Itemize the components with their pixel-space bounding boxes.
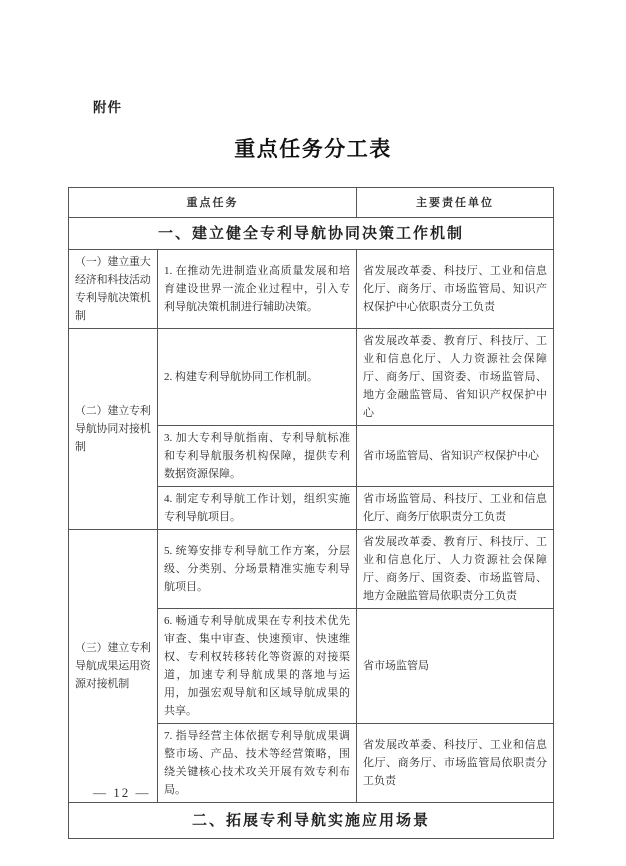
unit-cell-6: 省市场监管局	[357, 609, 554, 724]
column-header-unit: 主要责任单位	[357, 188, 554, 218]
section-row-1: 一、建立健全专利导航协同决策工作机制	[69, 218, 554, 250]
task-cell-6: 6. 畅通专利导航成果在专利技术优先审查、集中审查、快速预审、快速维权、专利权转…	[158, 609, 357, 724]
category-cell-3: （三）建立专利导航成果运用资源对接机制	[69, 530, 158, 803]
table-row: （三）建立专利导航成果运用资源对接机制 5. 统筹安排专利导航工作方案，分层级、…	[69, 530, 554, 609]
section-row-2: 二、拓展专利导航实施应用场景	[69, 803, 554, 839]
section-heading-1: 一、建立健全专利导航协同决策工作机制	[69, 218, 554, 250]
unit-cell-2: 省发展改革委、教育厅、科技厅、工业和信息化厅、人力资源社会保障厅、商务厅、国资委…	[357, 329, 554, 426]
page-title: 重点任务分工表	[0, 133, 626, 163]
attachment-label: 附件	[93, 96, 122, 116]
task-assignment-table: 重点任务 主要责任单位 一、建立健全专利导航协同决策工作机制 （一）建立重大经济…	[68, 187, 554, 839]
task-cell-3: 3. 加大专利导航指南、专利导航标准和专利导航服务机构保障，提供专利数据资源保障…	[158, 426, 357, 487]
unit-cell-7: 省发展改革委、科技厅、工业和信息化厅、商务厅、市场监管局依职责分工负责	[357, 724, 554, 803]
unit-cell-3: 省市场监管局、省知识产权保护中心	[357, 426, 554, 487]
category-cell-1: （一）建立重大经济和科技活动专利导航决策机制	[69, 250, 158, 329]
task-cell-1: 1. 在推动先进制造业高质量发展和培育建设世界一流企业过程中，引入专利导航决策机…	[158, 250, 357, 329]
table-row: （二）建立专利导航协同对接机制 2. 构建专利导航协同工作机制。 省发展改革委、…	[69, 329, 554, 426]
task-cell-7: 7. 指导经营主体依据专利导航成果调整市场、产品、技术等经营策略，围绕关键核心技…	[158, 724, 357, 803]
table-header-row: 重点任务 主要责任单位	[69, 188, 554, 218]
unit-cell-4: 省市场监管局、科技厅、工业和信息化厅、商务厅依职责分工负责	[357, 487, 554, 530]
task-cell-4: 4. 制定专利导航工作计划，组织实施专利导航项目。	[158, 487, 357, 530]
document-page: 附件 重点任务分工表 重点任务 主要责任单位 一、建立健全专利导航协同决策工作机…	[0, 0, 626, 866]
task-cell-2: 2. 构建专利导航协同工作机制。	[158, 329, 357, 426]
unit-cell-1: 省发展改革委、科技厅、工业和信息化厅、商务厅、市场监管局、知识产权保护中心依职责…	[357, 250, 554, 329]
table-row: （一）建立重大经济和科技活动专利导航决策机制 1. 在推动先进制造业高质量发展和…	[69, 250, 554, 329]
unit-cell-5: 省发展改革委、教育厅、科技厅、工业和信息化厅、人力资源社会保障厅、商务厅、国资委…	[357, 530, 554, 609]
task-cell-5: 5. 统筹安排专利导航工作方案，分层级、分类别、分场景精准实施专利导航项目。	[158, 530, 357, 609]
category-cell-2: （二）建立专利导航协同对接机制	[69, 329, 158, 530]
section-heading-2: 二、拓展专利导航实施应用场景	[69, 803, 554, 839]
page-number: — 12 —	[93, 785, 151, 801]
column-header-task: 重点任务	[69, 188, 357, 218]
